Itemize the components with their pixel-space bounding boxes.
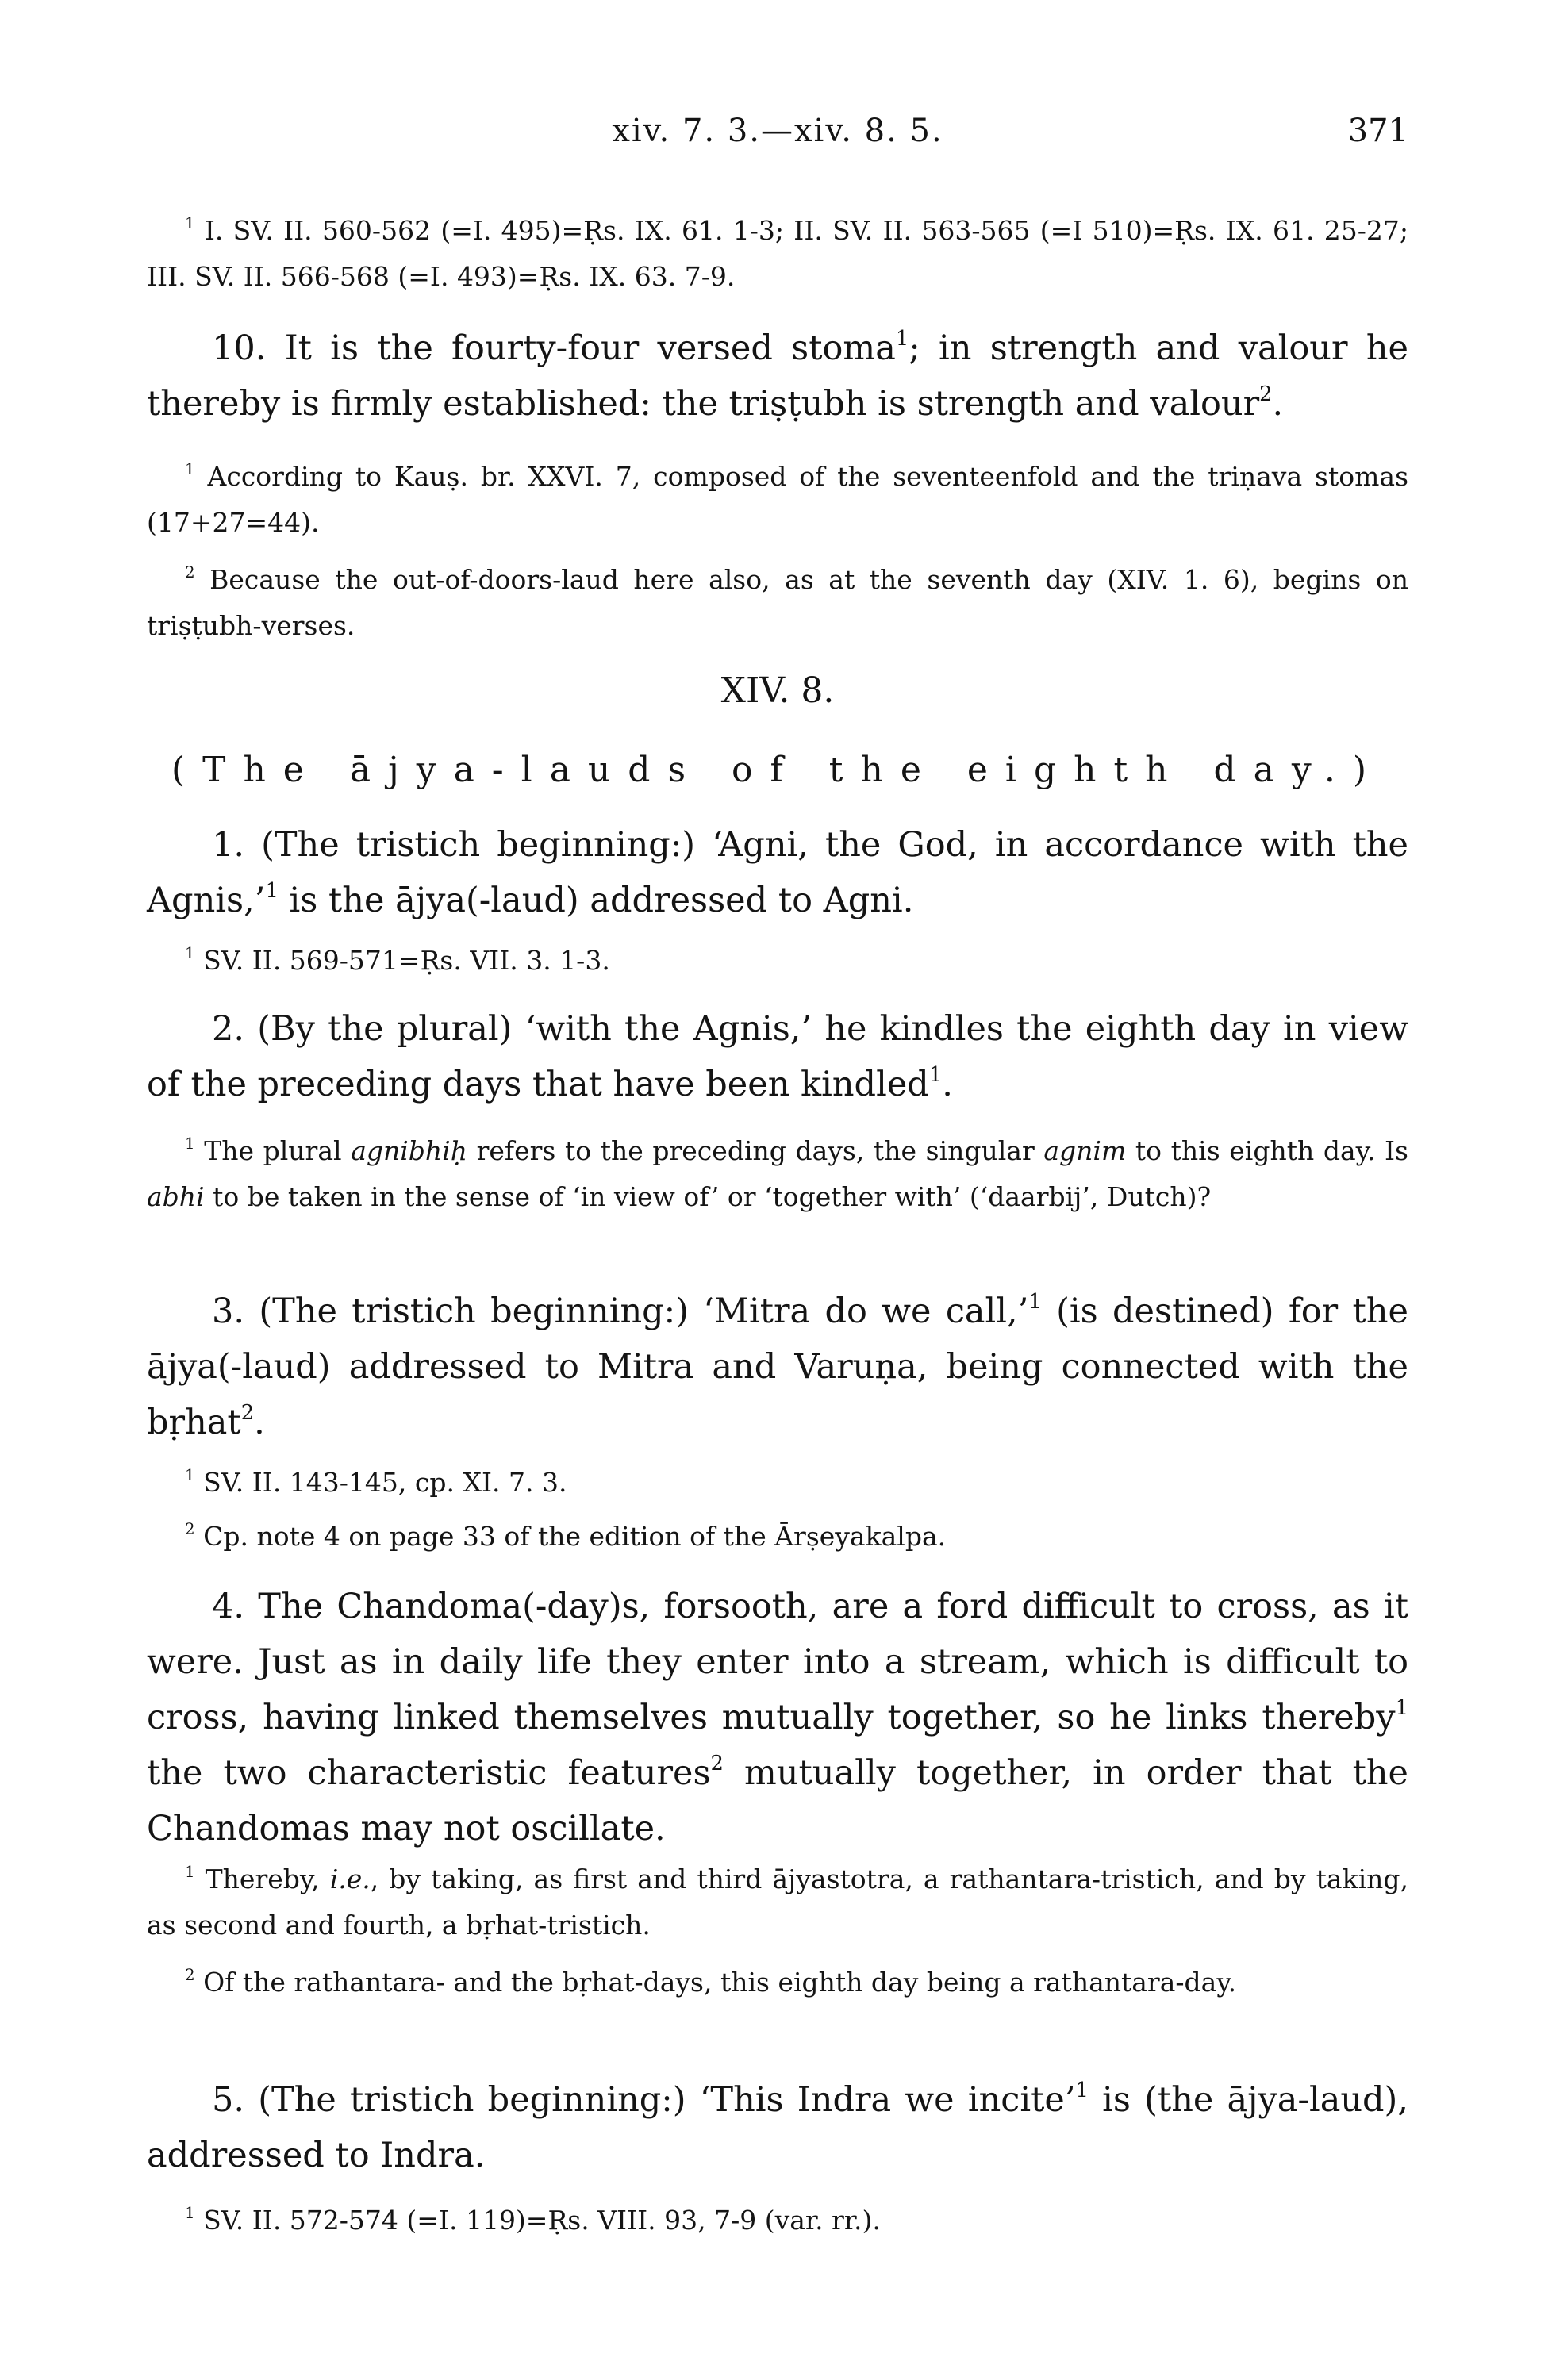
paragraph-text: (The tristich beginning:) ‘Mitra do we c… <box>259 1292 1028 1331</box>
footnote-ref: 1 <box>929 1063 942 1087</box>
footnote-text: SV. II. 143-145, cp. XI. 7. 3. <box>203 1467 567 1498</box>
footnote-text: Cp. note 4 on page 33 of the edition of … <box>203 1521 946 1552</box>
paragraph-text: (The tristich beginning:) ‘This Indra we… <box>258 2080 1075 2120</box>
footnote-marker: 1 <box>185 1134 195 1153</box>
footnote-text: Of the rathantara- and the bṛhat-days, t… <box>203 1967 1236 1998</box>
paragraph-1: 1. (The tristich beginning:) ‘Agni, the … <box>147 817 1408 928</box>
paragraph-text: is the ājya(-laud) addressed to Agni. <box>279 881 914 920</box>
footnote-10-1: 1 According to Kauṣ. br. XXVI. 7, compos… <box>147 454 1408 546</box>
footnote-marker: 1 <box>185 944 195 962</box>
footnote-ref: 2 <box>711 1752 724 1775</box>
footnote-ref: 1 <box>1396 1696 1408 1720</box>
footnote-text: Because the out-of-doors-laud here also,… <box>147 564 1408 641</box>
paragraph-number: 5. <box>212 2080 244 2120</box>
italic-term: i.e. <box>330 1864 371 1894</box>
footnote-text: I. SV. II. 560-562 (=I. 495)=Ṛs. IX. 61.… <box>147 215 1408 292</box>
footnote-2-1: 1 The plural agnibhiḥ refers to the prec… <box>147 1128 1408 1220</box>
footnote-ref: 1 <box>1028 1290 1041 1314</box>
footnote-marker: 1 <box>185 2204 195 2222</box>
footnote-4-1: 1 Thereby, i.e., by taking, as first and… <box>147 1856 1408 1948</box>
paragraph-number: 3. <box>212 1292 244 1331</box>
paragraph-5: 5. (The tristich beginning:) ‘This Indra… <box>147 2072 1408 2183</box>
footnote-ref: 2 <box>241 1401 254 1425</box>
running-head: xiv. 7. 3.—xiv. 8. 5. 371 <box>147 113 1408 160</box>
footnote-ref: 1 <box>265 879 278 903</box>
running-head-title: xiv. 7. 3.—xiv. 8. 5. <box>147 113 1408 149</box>
footnote-ref: 1 <box>1076 2079 1089 2102</box>
footnote-text: SV. II. 569-571=Ṛs. VII. 3. 1-3. <box>203 945 610 976</box>
footnote-1-1: 1 SV. II. 569-571=Ṛs. VII. 3. 1-3. <box>147 938 1408 984</box>
paragraph-10: 10. It is the fourty-four versed stoma1;… <box>147 321 1408 432</box>
footnote-text: Thereby, <box>206 1864 330 1894</box>
footnote-3-2: 2 Cp. note 4 on page 33 of the edition o… <box>147 1514 1408 1560</box>
footnote-marker: 2 <box>185 1520 195 1538</box>
footnote-text: to be taken in the sense of ‘in view of’… <box>205 1181 1212 1212</box>
footnote-marker: 1 <box>185 214 195 232</box>
footnote-text: to this eighth day. Is <box>1126 1135 1408 1166</box>
paragraph-text: the two characteristic features <box>147 1753 711 1793</box>
paragraph-number: 1. <box>212 825 244 865</box>
footnote-ref: 2 <box>1259 382 1272 406</box>
paragraph-text: . <box>942 1065 953 1104</box>
paragraph-number: 10. <box>212 328 266 368</box>
footnote-marker: 1 <box>185 1863 195 1881</box>
paragraph-text: The Chandoma(-day)s, forsooth, are a for… <box>147 1587 1408 1737</box>
italic-term: agnim <box>1043 1135 1126 1166</box>
italic-term: abhi <box>147 1181 205 1212</box>
paragraph-text: (By the plural) ‘with the Agnis,’ he kin… <box>147 1009 1408 1104</box>
section-subtitle: (The ājya-lauds of the eighth day.) <box>147 750 1408 790</box>
footnote-3-1: 1 SV. II. 143-145, cp. XI. 7. 3. <box>147 1460 1408 1506</box>
footnote-text: According to Kauṣ. br. XXVI. 7, composed… <box>147 461 1408 538</box>
paragraph-number: 4. <box>212 1587 244 1626</box>
footnote-text: refers to the preceding days, the singul… <box>467 1135 1043 1166</box>
italic-term: agnibhiḥ <box>351 1135 467 1166</box>
footnote-4-2: 2 Of the rathantara- and the bṛhat-days,… <box>147 1960 1408 2006</box>
footnote-marker: 2 <box>185 1966 195 1984</box>
paragraph-4: 4. The Chandoma(-day)s, forsooth, are a … <box>147 1579 1408 1856</box>
footnote-ref: 1 <box>896 327 909 351</box>
footnote-text: The plural <box>204 1135 351 1166</box>
footnote-carryover: 1 I. SV. II. 560-562 (=I. 495)=Ṛs. IX. 6… <box>147 208 1408 300</box>
paragraph-text: . <box>254 1403 265 1442</box>
paragraph-3: 3. (The tristich beginning:) ‘Mitra do w… <box>147 1284 1408 1450</box>
page-number: 371 <box>1348 113 1408 149</box>
paragraph-text: It is the fourty-four versed stoma <box>285 328 896 368</box>
footnote-10-2: 2 Because the out-of-doors-laud here als… <box>147 557 1408 649</box>
footnote-marker: 1 <box>185 1466 195 1484</box>
paragraph-2: 2. (By the plural) ‘with the Agnis,’ he … <box>147 1001 1408 1112</box>
paragraph-text: . <box>1273 384 1284 424</box>
footnote-marker: 1 <box>185 460 195 478</box>
section-heading: XIV. 8. <box>147 670 1408 711</box>
footnote-text: SV. II. 572-574 (=I. 119)=Ṛs. VIII. 93, … <box>203 2205 881 2236</box>
footnote-5-1: 1 SV. II. 572-574 (=I. 119)=Ṛs. VIII. 93… <box>147 2198 1408 2244</box>
paragraph-number: 2. <box>212 1009 244 1049</box>
footnote-marker: 2 <box>185 563 195 582</box>
